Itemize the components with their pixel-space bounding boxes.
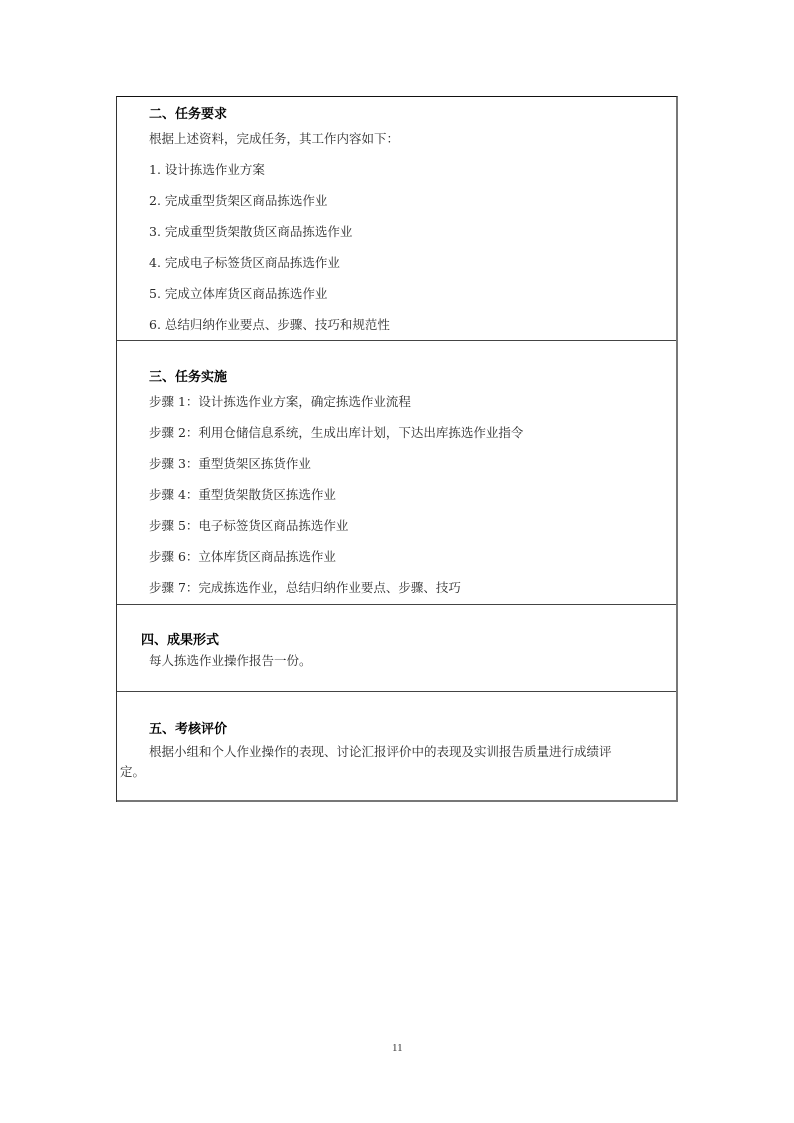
section-implementation: 三、任务实施 步骤 1：设计拣选作业方案，确定拣选作业流程 步骤 2：利用仓储信… (117, 341, 676, 605)
section-deliverable: 四、成果形式 每人拣选作业操作报告一份。 (117, 605, 676, 692)
section-heading: 四、成果形式 (141, 629, 219, 648)
task-table: 二、任务要求 根据上述资料，完成任务，其工作内容如下： 1. 设计拣选作业方案 … (116, 96, 678, 802)
assessment-text: 根据小组和个人作业操作的表现、讨论汇报评价中的表现及实训报告质量进行成绩评 (149, 742, 612, 760)
step-item: 步骤 7：完成拣选作业，总结归纳作业要点、步骤、技巧 (149, 578, 461, 596)
step-item: 步骤 1：设计拣选作业方案，确定拣选作业流程 (149, 392, 411, 410)
list-item: 3. 完成重型货架散货区商品拣选作业 (149, 222, 352, 240)
list-item: 4. 完成电子标签货区商品拣选作业 (149, 253, 340, 271)
step-item: 步骤 6：立体库货区商品拣选作业 (149, 547, 336, 565)
section-heading: 二、任务要求 (149, 103, 227, 122)
list-item: 1. 设计拣选作业方案 (149, 160, 265, 178)
list-item: 6. 总结归纳作业要点、步骤、技巧和规范性 (149, 315, 390, 333)
list-item: 5. 完成立体库货区商品拣选作业 (149, 284, 327, 302)
section-heading: 三、任务实施 (149, 366, 227, 385)
section-assessment: 五、考核评价 根据小组和个人作业操作的表现、讨论汇报评价中的表现及实训报告质量进… (117, 692, 676, 802)
step-item: 步骤 5：电子标签货区商品拣选作业 (149, 516, 348, 534)
section-requirements: 二、任务要求 根据上述资料，完成任务，其工作内容如下： 1. 设计拣选作业方案 … (117, 97, 676, 341)
step-item: 步骤 2：利用仓储信息系统，生成出库计划，下达出库拣选作业指令 (149, 423, 523, 441)
deliverable-text: 每人拣选作业操作报告一份。 (149, 651, 312, 669)
step-item: 步骤 4：重型货架散货区拣选作业 (149, 485, 336, 503)
page-number: 11 (392, 1042, 403, 1054)
step-item: 步骤 3：重型货架区拣货作业 (149, 454, 311, 472)
list-item: 2. 完成重型货架区商品拣选作业 (149, 191, 327, 209)
intro-text: 根据上述资料，完成任务，其工作内容如下： (149, 129, 399, 147)
section-heading: 五、考核评价 (149, 718, 227, 737)
assessment-text-cont: 定。 (120, 762, 145, 780)
